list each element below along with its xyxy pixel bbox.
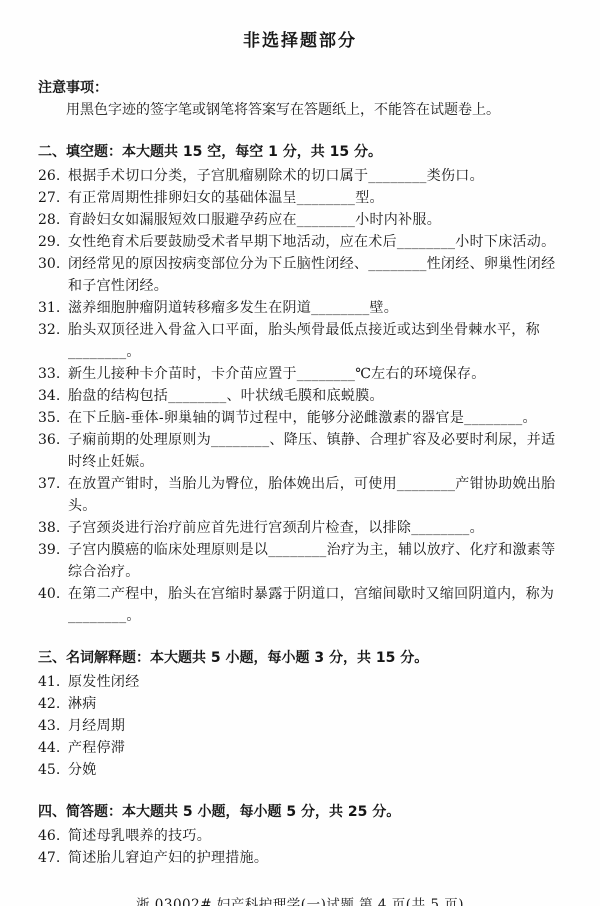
question-text: 产程停滞 xyxy=(68,740,125,756)
section-heading: 四、简答题：本大题共 5 小题，每小题 5 分，共 25 分。 xyxy=(38,801,562,823)
section-heading: 二、填空题：本大题共 15 空，每空 1 分，共 15 分。 xyxy=(38,141,562,163)
notice-block: 注意事项： 用黑色字迹的签字笔或钢笔将答案写在答题纸上，不能答在试题卷上。 xyxy=(38,77,562,121)
question-row: 29.女性绝育术后要鼓励受术者早期下地活动，应在术后________小时下床活动… xyxy=(38,231,562,253)
question-number: 31. xyxy=(38,297,66,319)
question-number: 44. xyxy=(38,737,66,759)
question-text: 胎盘的结构包括________、叶状绒毛膜和底蜕膜。 xyxy=(68,388,384,404)
question-row: 34.胎盘的结构包括________、叶状绒毛膜和底蜕膜。 xyxy=(38,385,562,407)
question-text: 女性绝育术后要鼓励受术者早期下地活动，应在术后________小时下床活动。 xyxy=(68,234,555,250)
question-text: 在放置产钳时，当胎儿为臀位，胎体娩出后，可使用________产钳协助娩出胎头。 xyxy=(68,476,555,514)
question-row: 28.育龄妇女如漏服短效口服避孕药应在________小时内补服。 xyxy=(38,209,562,231)
question-row: 41.原发性闭经 xyxy=(38,671,562,693)
notice-body: 用黑色字迹的签字笔或钢笔将答案写在答题纸上，不能答在试题卷上。 xyxy=(38,99,562,121)
question-text: 简述胎儿窘迫产妇的护理措施。 xyxy=(68,850,268,866)
question-number: 33. xyxy=(38,363,66,385)
question-number: 42. xyxy=(38,693,66,715)
question-row: 27.有正常周期性排卵妇女的基础体温呈________型。 xyxy=(38,187,562,209)
question-row: 33.新生儿接种卡介苗时，卡介苗应置于________℃左右的环境保存。 xyxy=(38,363,562,385)
question-row: 31.滋养细胞肿瘤阴道转移瘤多发生在阴道________壁。 xyxy=(38,297,562,319)
question-number: 39. xyxy=(38,539,66,561)
question-text: 原发性闭经 xyxy=(68,674,140,690)
question-number: 40. xyxy=(38,583,66,605)
question-row: 44.产程停滞 xyxy=(38,737,562,759)
question-text: 根据手术切口分类，子宫肌瘤剔除术的切口属于________类伤口。 xyxy=(68,168,484,184)
page-title: 非选择题部分 xyxy=(38,26,562,51)
question-text: 子宫内膜癌的临床处理原则是以________治疗为主，辅以放疗、化疗和激素等综合… xyxy=(68,542,555,580)
question-text: 滋养细胞肿瘤阴道转移瘤多发生在阴道________壁。 xyxy=(68,300,398,316)
question-number: 32. xyxy=(38,319,66,341)
question-row: 40.在第二产程中，胎头在宫缩时暴露于阴道口，宫缩间歇时又缩回阴道内，称为___… xyxy=(38,583,562,627)
question-text: 子痫前期的处理原则为________、降压、镇静、合理扩容及必要时利尿，并适时终… xyxy=(68,432,555,470)
section-short-answer: 四、简答题：本大题共 5 小题，每小题 5 分，共 25 分。 46.简述母乳喂… xyxy=(38,801,562,869)
question-row: 45.分娩 xyxy=(38,759,562,781)
exam-page: 非选择题部分 注意事项： 用黑色字迹的签字笔或钢笔将答案写在答题纸上，不能答在试… xyxy=(0,0,600,906)
question-number: 29. xyxy=(38,231,66,253)
section-heading: 三、名词解释题：本大题共 5 小题，每小题 3 分，共 15 分。 xyxy=(38,647,562,669)
question-text: 子宫颈炎进行治疗前应首先进行宫颈刮片检查，以排除________。 xyxy=(68,520,484,536)
question-text: 在第二产程中，胎头在宫缩时暴露于阴道口，宫缩间歇时又缩回阴道内，称为______… xyxy=(68,586,554,624)
question-row: 30.闭经常见的原因按病变部位分为下丘脑性闭经、________性闭经、卵巢性闭… xyxy=(38,253,562,297)
question-row: 46.简述母乳喂养的技巧。 xyxy=(38,825,562,847)
question-row: 35.在下丘脑-垂体-卵巢轴的调节过程中，能够分泌雌激素的器官是________… xyxy=(38,407,562,429)
question-number: 36. xyxy=(38,429,66,451)
question-number: 34. xyxy=(38,385,66,407)
question-text: 月经周期 xyxy=(68,718,125,734)
notice-heading: 注意事项： xyxy=(38,77,562,99)
question-number: 43. xyxy=(38,715,66,737)
question-number: 37. xyxy=(38,473,66,495)
question-number: 46. xyxy=(38,825,66,847)
question-text: 淋病 xyxy=(68,696,97,712)
question-row: 26.根据手术切口分类，子宫肌瘤剔除术的切口属于________类伤口。 xyxy=(38,165,562,187)
question-row: 36.子痫前期的处理原则为________、降压、镇静、合理扩容及必要时利尿，并… xyxy=(38,429,562,473)
question-text: 胎头双顶径进入骨盆入口平面，胎头颅骨最低点接近或达到坐骨棘水平，称_______… xyxy=(68,322,540,360)
question-text: 新生儿接种卡介苗时，卡介苗应置于________℃左右的环境保存。 xyxy=(68,366,486,382)
question-text: 育龄妇女如漏服短效口服避孕药应在________小时内补服。 xyxy=(68,212,441,228)
question-number: 35. xyxy=(38,407,66,429)
question-row: 37.在放置产钳时，当胎儿为臀位，胎体娩出后，可使用________产钳协助娩出… xyxy=(38,473,562,517)
question-number: 47. xyxy=(38,847,66,869)
question-number: 26. xyxy=(38,165,66,187)
page-footer: 浙 03002# 妇产科护理学(一)试题 第 4 页(共 5 页) xyxy=(38,893,562,906)
section-fill-in-blank: 二、填空题：本大题共 15 空，每空 1 分，共 15 分。 26.根据手术切口… xyxy=(38,141,562,627)
question-number: 28. xyxy=(38,209,66,231)
question-text: 简述母乳喂养的技巧。 xyxy=(68,828,211,844)
question-number: 27. xyxy=(38,187,66,209)
question-row: 32.胎头双顶径进入骨盆入口平面，胎头颅骨最低点接近或达到坐骨棘水平，称____… xyxy=(38,319,562,363)
question-row: 38.子宫颈炎进行治疗前应首先进行宫颈刮片检查，以排除________。 xyxy=(38,517,562,539)
question-text: 分娩 xyxy=(68,762,97,778)
question-row: 47.简述胎儿窘迫产妇的护理措施。 xyxy=(38,847,562,869)
question-number: 38. xyxy=(38,517,66,539)
question-text: 有正常周期性排卵妇女的基础体温呈________型。 xyxy=(68,190,384,206)
question-number: 45. xyxy=(38,759,66,781)
question-text: 在下丘脑-垂体-卵巢轴的调节过程中，能够分泌雌激素的器官是________。 xyxy=(68,410,537,426)
question-row: 43.月经周期 xyxy=(38,715,562,737)
question-text: 闭经常见的原因按病变部位分为下丘脑性闭经、________性闭经、卵巢性闭经和子… xyxy=(68,256,555,294)
question-number: 30. xyxy=(38,253,66,275)
question-row: 42.淋病 xyxy=(38,693,562,715)
section-term-definition: 三、名词解释题：本大题共 5 小题，每小题 3 分，共 15 分。 41.原发性… xyxy=(38,647,562,781)
question-number: 41. xyxy=(38,671,66,693)
question-row: 39.子宫内膜癌的临床处理原则是以________治疗为主，辅以放疗、化疗和激素… xyxy=(38,539,562,583)
